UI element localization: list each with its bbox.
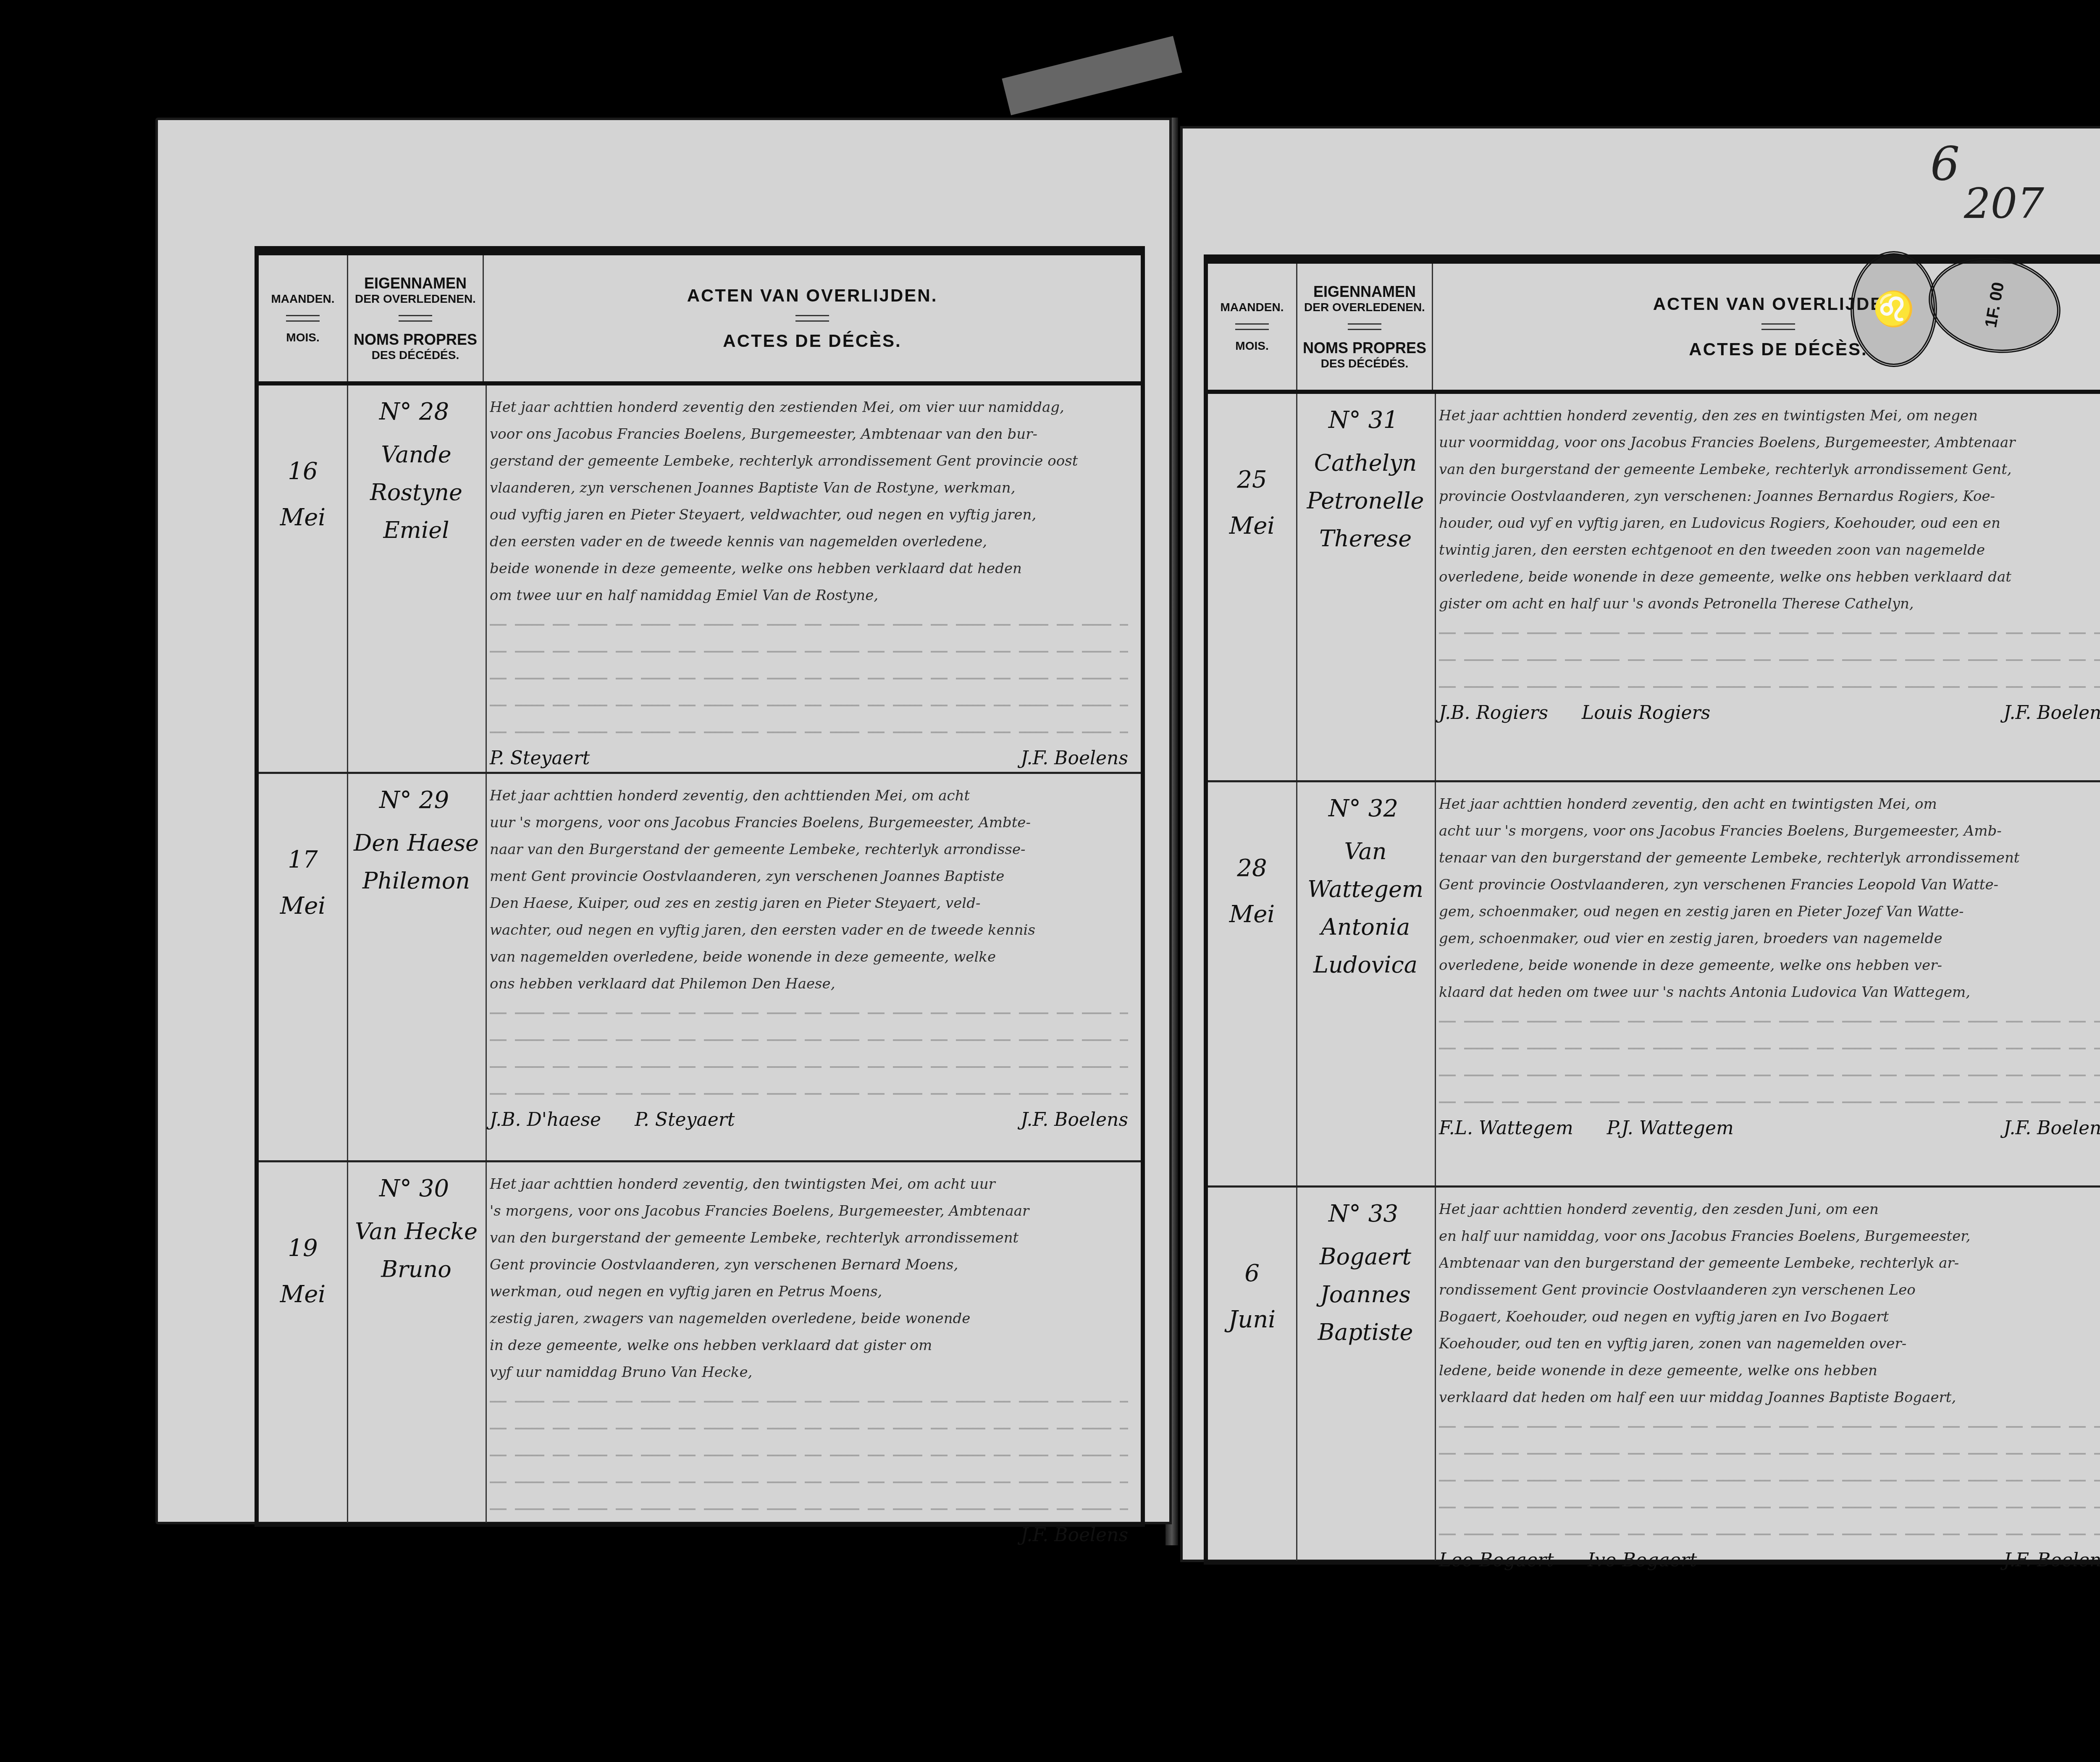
right-death-register-table: MAANDEN. MOIS. EIGENNAMEN DER OVERLEDENE… (1204, 254, 2100, 1565)
signatures: J.B. Rogiers Louis Rogiers J.F. Boelens (1439, 700, 2100, 726)
acts-column-header: ACTEN VAN OVERLIJDEN. ACTES DE DÉCÈS. (484, 255, 1141, 381)
month-column-header: MAANDEN. MOIS. (1208, 264, 1297, 390)
record-date: 28Mei (1208, 845, 1296, 938)
table-header: MAANDEN. MOIS. EIGENNAMEN DER OVERLEDENE… (259, 255, 1141, 385)
record-text: Het jaar achttien honderd zeventig den z… (490, 394, 1128, 772)
signatures: F.L. Wattegem P.J. Wattegem J.F. Boelens (1439, 1115, 2100, 1142)
folio-number: 207 (1964, 179, 2044, 228)
lion-seal-stamp-icon: ♌ (1851, 251, 1937, 367)
table-header: MAANDEN. MOIS. EIGENNAMEN DER OVERLEDENE… (1208, 264, 2100, 394)
death-record-entry: N° 32 28Mei Van WattegemAntonia Ludovica… (1208, 782, 2100, 1188)
double-rule (286, 315, 320, 322)
signatures: Leo Bogaert Ivo Bogaert J.F. Boelens (1439, 1547, 2100, 1574)
record-number: N° 33 (1296, 1200, 1431, 1227)
names-column-header: EIGENNAMEN DER OVERLEDENEN. NOMS PROPRES… (348, 255, 484, 381)
record-text: Het jaar achttien honderd zeventig, den … (1439, 1196, 2100, 1574)
record-date: 19Mei (259, 1225, 347, 1318)
month-column-header: MAANDEN. MOIS. (259, 255, 348, 381)
record-date: 25Mei (1208, 457, 1296, 549)
record-text: Het jaar achttien honderd zeventig, den … (490, 1171, 1128, 1549)
record-date: 16Mei (259, 448, 347, 541)
names-column-header: EIGENNAMEN DER OVERLEDENEN. NOMS PROPRES… (1297, 264, 1433, 390)
folio-number: 6 (1930, 137, 1960, 191)
deceased-name: Vande RostyneEmiel (347, 436, 486, 549)
signatures: J.B. D'haese P. Steyaert J.F. Boelens (490, 1106, 1128, 1133)
double-rule (1761, 323, 1795, 330)
record-number: N° 31 (1296, 406, 1431, 434)
record-number: N° 29 (347, 787, 481, 814)
signatures: P. Steyaert J.F. Boelens (490, 745, 1128, 772)
deceased-name: Den HaesePhilemon (347, 824, 486, 900)
record-number: N° 28 (347, 398, 481, 425)
signatures: J.F. Boelens (490, 1522, 1128, 1549)
left-register-page: MAANDEN. MOIS. EIGENNAMEN DER OVERLEDENE… (155, 118, 1172, 1524)
deceased-name: CathelynPetronelle Therese (1296, 444, 1435, 558)
record-date: 17Mei (259, 837, 347, 929)
deceased-name: Van HeckeBruno (347, 1213, 486, 1288)
death-record-entry: N° 31 25Mei CathelynPetronelle Therese H… (1208, 394, 2100, 782)
double-rule (795, 315, 829, 322)
right-register-page: 6 207 MAANDEN. MOIS. EIGENNAMEN DER OVER… (1180, 126, 2100, 1562)
record-number: N° 30 (347, 1175, 481, 1202)
deceased-name: BogaertJoannes Baptiste (1296, 1238, 1435, 1351)
deceased-name: Van WattegemAntonia Ludovica (1296, 833, 1435, 984)
entries-list: N° 28 16Mei Vande RostyneEmiel Het jaar … (259, 385, 1141, 1523)
record-text: Het jaar achttien honderd zeventig, den … (490, 782, 1128, 1133)
death-record-entry: N° 30 19Mei Van HeckeBruno Het jaar acht… (259, 1162, 1141, 1549)
double-rule (399, 315, 432, 322)
record-text: Het jaar achttien honderd zeventig, den … (1439, 791, 2100, 1142)
record-text: Het jaar achttien honderd zeventig, den … (1439, 402, 2100, 726)
double-rule (1348, 323, 1381, 330)
entries-list: N° 31 25Mei CathelynPetronelle Therese H… (1208, 394, 2100, 1560)
record-date: 6Juni (1208, 1251, 1296, 1343)
double-rule (1235, 323, 1269, 330)
death-record-entry: N° 28 16Mei Vande RostyneEmiel Het jaar … (259, 385, 1141, 774)
death-record-entry: N° 33 6Juni BogaertJoannes Baptiste Het … (1208, 1188, 2100, 1574)
left-death-register-table: MAANDEN. MOIS. EIGENNAMEN DER OVERLEDENE… (255, 246, 1145, 1527)
page-tab-marker (1002, 36, 1182, 115)
record-number: N° 32 (1296, 795, 1431, 822)
death-record-entry: N° 29 17Mei Den HaesePhilemon Het jaar a… (259, 774, 1141, 1162)
